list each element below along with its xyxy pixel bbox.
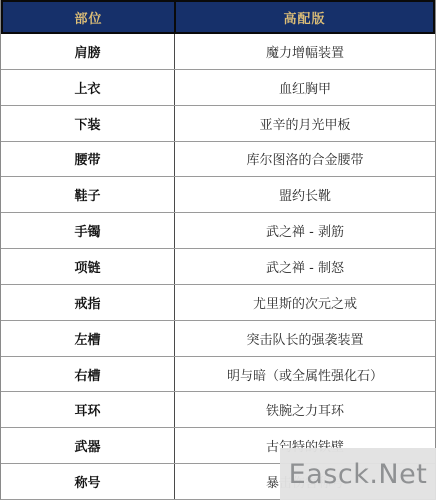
table-row: 下装 亚辛的月光甲板	[1, 106, 435, 142]
item-cell: 明与暗（或全属性强化石）	[175, 357, 435, 392]
watermark-box: Easck.Net	[280, 448, 436, 500]
part-cell: 左槽	[1, 321, 175, 356]
watermark-text: Easck.Net	[289, 459, 428, 490]
item-cell: 亚辛的月光甲板	[175, 106, 435, 141]
equipment-guide-page: 部位 高配版 肩膀 魔力增幅装置 上衣 血红胸甲 下装 亚辛的月光甲板 腰带 库…	[0, 0, 436, 500]
table-row: 上衣 血红胸甲	[1, 70, 435, 106]
table-row: 左槽 突击队长的强袭装置	[1, 321, 435, 357]
table-row: 耳环 铁腕之力耳环	[1, 392, 435, 428]
part-cell: 下装	[1, 106, 175, 141]
item-cell: 魔力增幅装置	[175, 34, 435, 69]
table-row: 肩膀 魔力增幅装置	[1, 34, 435, 70]
part-cell: 右槽	[1, 357, 175, 392]
table-row: 项链 武之禅 - 制怒	[1, 249, 435, 285]
item-cell: 武之禅 - 制怒	[175, 249, 435, 284]
part-cell: 手镯	[1, 213, 175, 248]
part-cell: 鞋子	[1, 177, 175, 212]
part-cell: 称号	[1, 464, 175, 499]
header-item-column: 高配版	[176, 2, 433, 32]
part-cell: 武器	[1, 428, 175, 463]
table-header-row: 部位 高配版	[1, 0, 435, 34]
item-cell: 盟约长靴	[175, 177, 435, 212]
item-cell: 血红胸甲	[175, 70, 435, 105]
part-cell: 上衣	[1, 70, 175, 105]
equipment-table: 部位 高配版 肩膀 魔力增幅装置 上衣 血红胸甲 下装 亚辛的月光甲板 腰带 库…	[0, 0, 436, 500]
part-cell: 肩膀	[1, 34, 175, 69]
item-cell: 库尔图洛的合金腰带	[175, 142, 435, 177]
header-part-column: 部位	[3, 2, 176, 32]
table-row: 戒指 尤里斯的次元之戒	[1, 285, 435, 321]
part-cell: 戒指	[1, 285, 175, 320]
table-row: 腰带 库尔图洛的合金腰带	[1, 142, 435, 178]
item-cell: 突击队长的强袭装置	[175, 321, 435, 356]
table-row: 鞋子 盟约长靴	[1, 177, 435, 213]
part-cell: 项链	[1, 249, 175, 284]
part-cell: 腰带	[1, 142, 175, 177]
table-row: 手镯 武之禅 - 剥筋	[1, 213, 435, 249]
table-row: 右槽 明与暗（或全属性强化石）	[1, 357, 435, 393]
item-cell: 武之禅 - 剥筋	[175, 213, 435, 248]
part-cell: 耳环	[1, 392, 175, 427]
item-cell: 铁腕之力耳环	[175, 392, 435, 427]
item-cell: 尤里斯的次元之戒	[175, 285, 435, 320]
